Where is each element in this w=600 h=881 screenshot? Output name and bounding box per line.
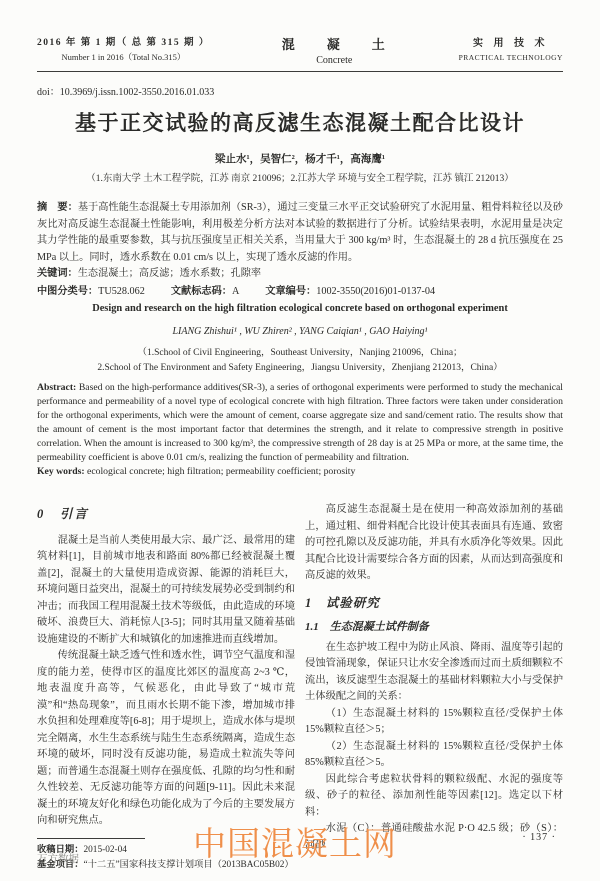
article-id-item: 文章编号：1002-3550(2016)01-0137-04 [265, 284, 435, 301]
right-column: 高反滤生态混凝土是在使用一种高效添加剂的基础上，通过粗、细骨料配合比设计使其表面… [305, 502, 563, 873]
affiliation-cn: （1.东南大学 土木工程学院，江苏 南京 210096；2.江苏大学 环境与安全… [0, 170, 600, 184]
authors-cn: 梁止水¹，吴智仁²，杨才千¹，高海鹰¹ [0, 151, 600, 166]
doc-code-value: A [232, 286, 239, 297]
affiliation-en-line1: （1.School of Civil Engineering，Southeast… [0, 344, 600, 358]
doi-line: doi：10.3969/j.issn.1002-3550.2016.01.033 [37, 83, 214, 98]
abstract-block-en: Abstract: Based on the high-performance … [37, 381, 563, 479]
right-paragraph-1: 高反滤生态混凝土是在使用一种高效添加剂的基础上，通过粗、细骨料配合比设计使其表面… [305, 502, 563, 585]
keywords-label-cn: 关键词： [37, 268, 78, 279]
section-heading-1-experiment: 1 试验研究 [305, 595, 563, 612]
doc-code-item: 文献标志码：A [171, 284, 239, 301]
body-columns: 0 引言 混凝土是当前人类使用最大宗、最广泛、最常用的建筑材料[1]，目前城市地… [37, 502, 563, 873]
abstract-label-cn: 摘 要： [37, 202, 78, 213]
article-title-cn: 基于正交试验的高反滤生态混凝土配合比设计 [0, 107, 600, 137]
doc-code-label: 文献标志码： [171, 286, 232, 297]
keywords-text-en: ecological concrete; high filtration; pe… [87, 466, 355, 477]
intro-paragraph-2: 传统混凝土缺乏透气性和透水性，调节空气温度和湿度的能力差，使得市区的温度比郊区的… [37, 648, 295, 830]
footnote-rule [37, 838, 145, 839]
article-id-label: 文章编号： [265, 286, 316, 297]
journal-running-head: 2016 年 第 1 期（ 总 第 315 期 ） Number 1 in 20… [37, 34, 563, 66]
criteria-item-1: （1）生态混凝土材料的 15%颗粒直径/受保护土体 15%颗粒直径＞5； [305, 706, 563, 739]
section-name-block: 实 用 技 术 PRACTICAL TECHNOLOGY [459, 34, 563, 62]
watermark-china-concrete-net: 中国混凝土网 [193, 818, 397, 865]
affiliation-en-line2: 2.School of The Environment and Safety E… [0, 359, 600, 373]
journal-name-en: Concrete [282, 55, 387, 66]
abstract-text-en: Based on the high-performance additives(… [37, 382, 563, 463]
keywords-text-cn: 生态混凝土；高反滤；透水系数；孔隙率 [78, 268, 261, 279]
page-number: · 137 · [522, 832, 556, 843]
keywords-line-cn: 关键词：生态混凝土；高反滤；透水系数；孔隙率 [37, 266, 563, 283]
keywords-line-en: Key words: ecological concrete; high fil… [37, 465, 563, 479]
intro-paragraph-1: 混凝土是当前人类使用最大宗、最广泛、最常用的建筑材料[1]，目前城市地表和路面 … [37, 533, 295, 649]
received-date-value: 2015-02-04 [84, 845, 127, 855]
section-name-en: PRACTICAL TECHNOLOGY [459, 53, 563, 62]
article-title-en: Design and research on the high filtrati… [0, 303, 600, 314]
authors-en: LIANG Zhishui¹ , WU Zhiren² , YANG Caiqi… [0, 326, 600, 337]
section-heading-1-1-specimen: 1.1 生态混凝土试件制备 [305, 619, 563, 636]
journal-page-scan: 2016 年 第 1 期（ 总 第 315 期 ） Number 1 in 20… [0, 0, 600, 881]
issue-number-cn: 2016 年 第 1 期（ 总 第 315 期 ） [37, 34, 210, 48]
abstract-text-cn: 基于高性能生态混凝土专用添加剂（SR-3），通过三变量三水平正交试验研究了水泥用… [37, 202, 563, 263]
header-divider-rule [37, 71, 563, 72]
wanfang-data-mark: 万方数据 [37, 851, 79, 866]
clc-value: TU528.062 [98, 286, 145, 297]
clc-label: 中图分类号： [37, 286, 98, 297]
abstract-paragraph-en: Abstract: Based on the high-performance … [37, 381, 563, 465]
abstract-block-cn: 摘 要：基于高性能生态混凝土专用添加剂（SR-3），通过三变量三水平正交试验研究… [37, 200, 563, 300]
classification-line: 中图分类号：TU528.062 文献标志码：A 文章编号：1002-3550(2… [37, 284, 563, 301]
clc-item: 中图分类号：TU528.062 [37, 284, 145, 301]
criteria-item-2: （2）生态混凝土材料的 15%颗粒直径/受保护土体 85%颗粒直径＞5。 [305, 739, 563, 772]
keywords-label-en: Key words: [37, 466, 85, 477]
abstract-paragraph-cn: 摘 要：基于高性能生态混凝土专用添加剂（SR-3），通过三变量三水平正交试验研究… [37, 200, 563, 266]
right-paragraph-3: 因此综合考虑粒状骨料的颗粒级配、水泥的强度等级、砂子的粒径、添加剂性能等因素[1… [305, 772, 563, 822]
abstract-label-en: Abstract: [37, 382, 76, 393]
issue-block: 2016 年 第 1 期（ 总 第 315 期 ） Number 1 in 20… [37, 34, 210, 63]
section-name-cn: 实 用 技 术 [459, 34, 563, 49]
journal-name-block: 混 凝 土 Concrete [282, 34, 387, 66]
right-paragraph-2: 在生态护坡工程中为防止风浪、降雨、温度等引起的侵蚀管涌现象，保证只让水安全渗透而… [305, 640, 563, 706]
section-heading-0-intro: 0 引言 [37, 506, 295, 523]
article-id-value: 1002-3550(2016)01-0137-04 [316, 286, 435, 297]
left-column: 0 引言 混凝土是当前人类使用最大宗、最广泛、最常用的建筑材料[1]，目前城市地… [37, 502, 295, 873]
issue-number-en: Number 1 in 2016（Total No.315） [37, 51, 210, 63]
journal-name-cn: 混 凝 土 [282, 34, 387, 53]
